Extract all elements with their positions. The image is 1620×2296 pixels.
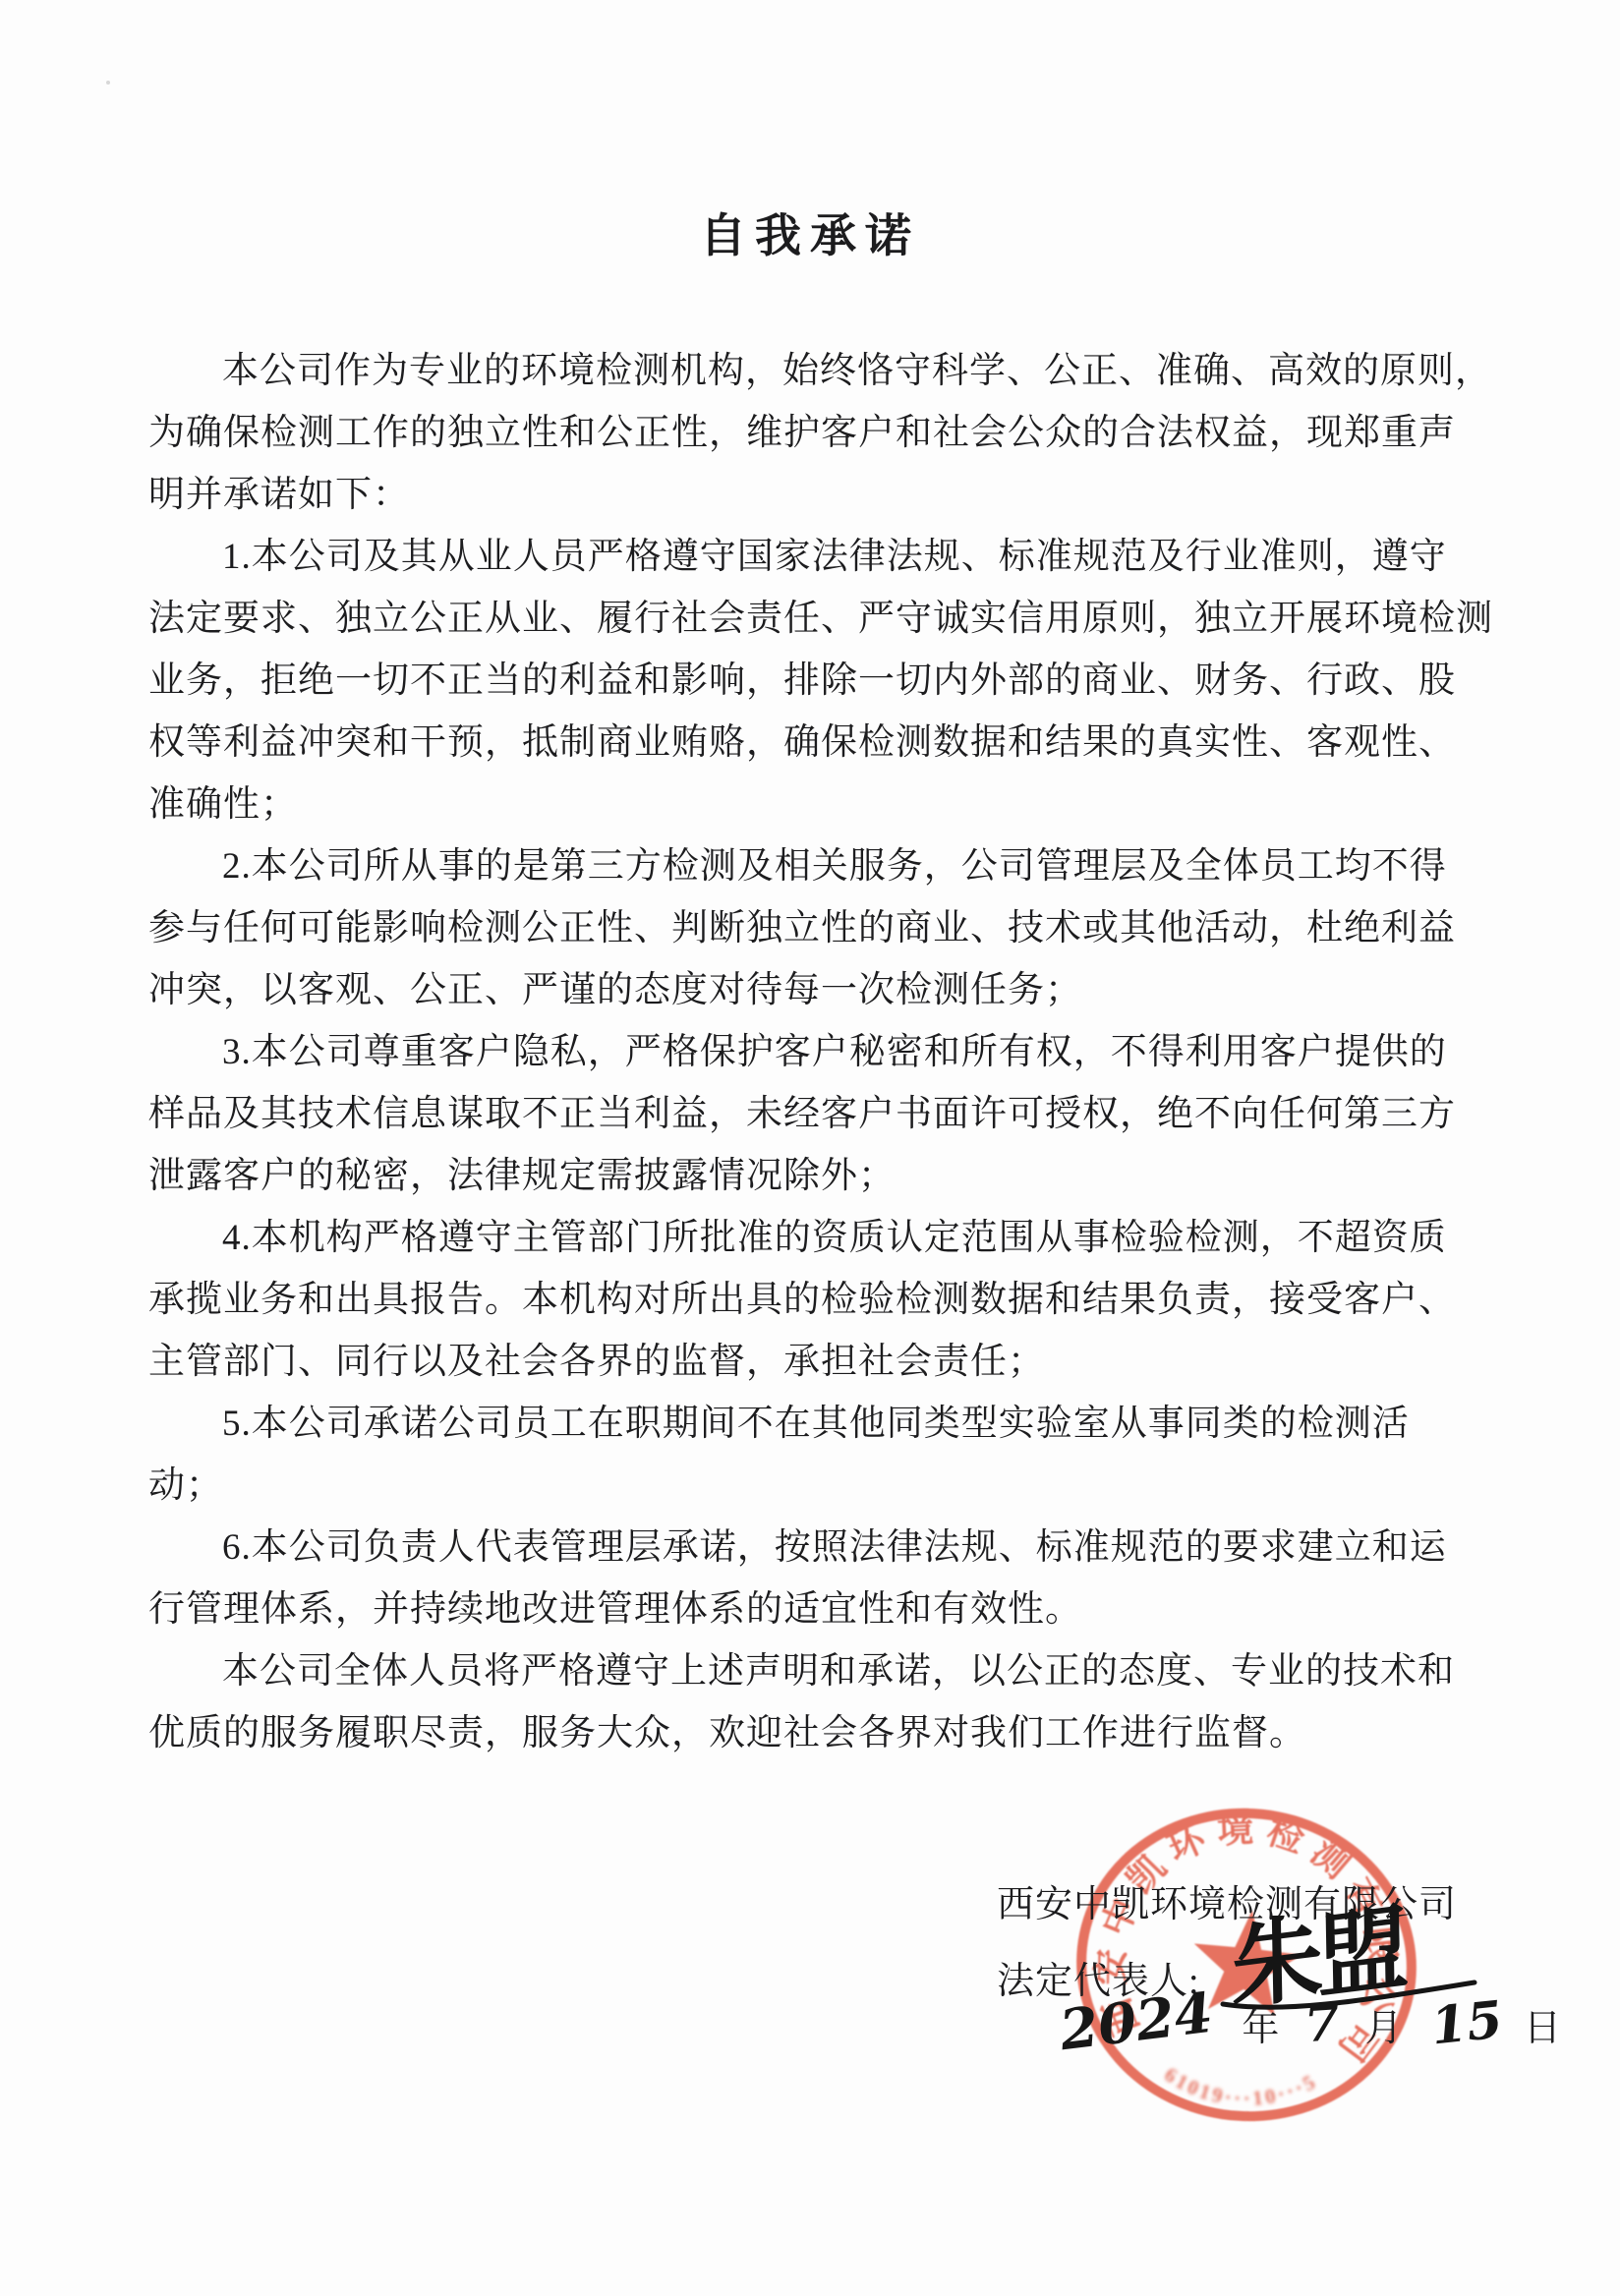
body-line: 优质的服务履职尽责，服务大众，欢迎社会各界对我们工作进行监督。 <box>148 1702 1477 1764</box>
body-line: 行管理体系，并持续地改进管理体系的适宜性和有效性。 <box>148 1578 1477 1640</box>
body-line: 本公司作为专业的环境检测机构，始终恪守科学、公正、准确、高效的原则， <box>148 340 1477 402</box>
body-line: 为确保检测工作的独立性和公正性，维护客户和社会公众的合法权益，现郑重声 <box>148 402 1477 464</box>
paragraph: 本公司作为专业的环境检测机构，始终恪守科学、公正、准确、高效的原则，为确保检测工… <box>148 340 1477 526</box>
handwritten-month: 7 <box>1302 1992 1342 2054</box>
date-unit-day: 日 <box>1524 1997 1561 2051</box>
handwritten-day: 15 <box>1428 1989 1505 2056</box>
document-page: 自我承诺 本公司作为专业的环境检测机构，始终恪守科学、公正、准确、高效的原则，为… <box>0 0 1620 2296</box>
body-line: 业务，拒绝一切不正当的利益和影响，排除一切内外部的商业、财务、行政、股 <box>148 650 1477 712</box>
body-line: 样品及其技术信息谋取不正当利益，未经客户书面许可授权，绝不向任何第三方 <box>148 1083 1477 1145</box>
body-line: 冲突，以客观、公正、严谨的态度对待每一次检测任务； <box>148 959 1477 1021</box>
date-unit-month: 月 <box>1365 1997 1403 2051</box>
paragraph: 5.本公司承诺公司员工在职期间不在其他同类型实验室从事同类的检测活动； <box>148 1393 1477 1517</box>
signature-date: 2024 年 7 月 15 日 <box>1060 1989 1567 2054</box>
paragraph: 6.本公司负责人代表管理层承诺，按照法律法规、标准规范的要求建立和运行管理体系，… <box>148 1517 1477 1640</box>
body-line: 承揽业务和出具报告。本机构对所出具的检验检测数据和结果负责，接受客户、 <box>148 1269 1477 1331</box>
body-line: 本公司全体人员将严格遵守上述声明和承诺，以公正的态度、专业的技术和 <box>148 1640 1477 1702</box>
document-body: 本公司作为专业的环境检测机构，始终恪守科学、公正、准确、高效的原则，为确保检测工… <box>148 340 1477 1764</box>
paragraph: 本公司全体人员将严格遵守上述声明和承诺，以公正的态度、专业的技术和优质的服务履职… <box>148 1640 1477 1764</box>
body-line: 主管部门、同行以及社会各界的监督，承担社会责任； <box>148 1331 1477 1393</box>
body-line: 3.本公司尊重客户隐私，严格保护客户秘密和所有权，不得利用客户提供的 <box>148 1021 1477 1083</box>
body-line: 参与任何可能影响检测公正性、判断独立性的商业、技术或其他活动，杜绝利益 <box>148 897 1477 959</box>
scan-speck <box>106 81 110 85</box>
paragraph: 1.本公司及其从业人员严格遵守国家法律法规、标准规范及行业准则，遵守法定要求、独… <box>148 526 1477 835</box>
seal-code-text: 61019···10···5 <box>1158 2053 1323 2118</box>
paragraph: 4.本机构严格遵守主管部门所批准的资质认定范围从事检验检测，不超资质承揽业务和出… <box>148 1207 1477 1393</box>
body-line: 明并承诺如下： <box>148 464 1477 526</box>
body-line: 权等利益冲突和干预，抵制商业贿赂，确保检测数据和结果的真实性、客观性、 <box>148 712 1477 774</box>
body-line: 1.本公司及其从业人员严格遵守国家法律法规、标准规范及行业准则，遵守 <box>148 526 1477 588</box>
paragraph: 2.本公司所从事的是第三方检测及相关服务，公司管理层及全体员工均不得参与任何可能… <box>148 835 1477 1021</box>
body-line: 准确性； <box>148 774 1477 835</box>
body-line: 2.本公司所从事的是第三方检测及相关服务，公司管理层及全体员工均不得 <box>148 835 1477 897</box>
body-line: 6.本公司负责人代表管理层承诺，按照法律法规、标准规范的要求建立和运 <box>148 1517 1477 1578</box>
page-title: 自我承诺 <box>0 200 1620 265</box>
handwritten-year: 2024 <box>1057 1980 1217 2064</box>
body-line: 4.本机构严格遵守主管部门所批准的资质认定范围从事检验检测，不超资质 <box>148 1207 1477 1269</box>
body-line: 法定要求、独立公正从业、履行社会责任、严守诚实信用原则，独立开展环境检测 <box>148 588 1477 650</box>
body-line: 泄露客户的秘密，法律规定需披露情况除外； <box>148 1145 1477 1207</box>
paragraph: 3.本公司尊重客户隐私，严格保护客户秘密和所有权，不得利用客户提供的样品及其技术… <box>148 1021 1477 1207</box>
body-line: 动； <box>148 1455 1477 1517</box>
scan-speck <box>649 438 653 442</box>
body-line: 5.本公司承诺公司员工在职期间不在其他同类型实验室从事同类的检测活 <box>148 1393 1477 1455</box>
date-unit-year: 年 <box>1242 1997 1279 2051</box>
